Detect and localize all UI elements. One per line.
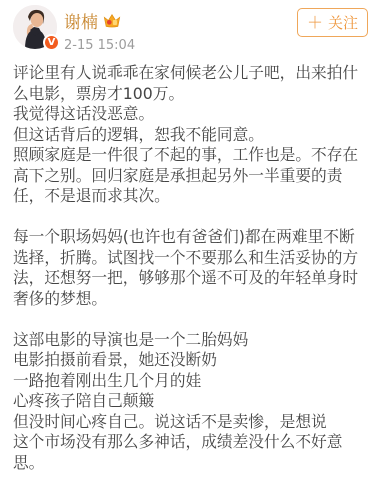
post-line: 每一个职场妈妈(也许也有爸爸们)都在两难里不断选择，折腾。试图找一个不要那么和生…	[13, 227, 361, 309]
post-line: 我觉得这话没恶意。	[13, 104, 361, 125]
post-body: 评论里有人说乖乖在家伺候老公儿子吧，出来拍什么电影，票房才100万。我觉得这话没…	[0, 55, 374, 473]
post-line: 照顾家庭是一件很了不起的事，工作也是。不存在高下之别。回归家庭是承担起另外一半重…	[13, 145, 361, 207]
weibo-post: V 谢楠 2-15 15:04 ＋ 关注 评论里有人说乖乖在家伺候老公儿子吧，出…	[0, 0, 374, 482]
post-paragraph: 每一个职场妈妈(也许也有爸爸们)都在两难里不断选择，折腾。试图找一个不要那么和生…	[13, 227, 361, 309]
user-meta: 谢楠 2-15 15:04	[64, 8, 135, 53]
follow-label: 关注	[328, 12, 358, 33]
username[interactable]: 谢楠	[64, 8, 98, 33]
timestamp: 2-15 15:04	[64, 38, 135, 53]
post-header: V 谢楠 2-15 15:04 ＋ 关注	[0, 0, 374, 55]
post-paragraph: 这部电影的导演也是一个二胎妈妈电影拍摄前看景，她还没断奶一路抱着刚出生几个月的娃…	[13, 330, 361, 474]
post-line: 评论里有人说乖乖在家伺候老公儿子吧，出来拍什么电影，票房才100万。	[13, 63, 361, 104]
post-line: 电影拍摄前看景，她还没断奶	[13, 350, 361, 371]
post-line: 心疼孩子陪自己颠簸	[13, 391, 361, 412]
post-line: 但没时间心疼自己。说这话不是卖惨，是想说	[13, 412, 361, 433]
follow-button[interactable]: ＋ 关注	[297, 8, 368, 37]
post-line: 但这话背后的逻辑，恕我不能同意。	[13, 125, 361, 146]
post-line: 这个市场没有那么多神话，成绩差没什么不好意思。	[13, 432, 361, 473]
membership-crown-icon	[103, 13, 121, 28]
post-line: 这部电影的导演也是一个二胎妈妈	[13, 330, 361, 351]
post-paragraph: 评论里有人说乖乖在家伺候老公儿子吧，出来拍什么电影，票房才100万。我觉得这话没…	[13, 63, 361, 207]
post-line: 一路抱着刚出生几个月的娃	[13, 371, 361, 392]
plus-icon: ＋	[307, 15, 323, 31]
avatar[interactable]: V	[13, 5, 57, 49]
verified-v-badge-icon: V	[43, 34, 60, 51]
